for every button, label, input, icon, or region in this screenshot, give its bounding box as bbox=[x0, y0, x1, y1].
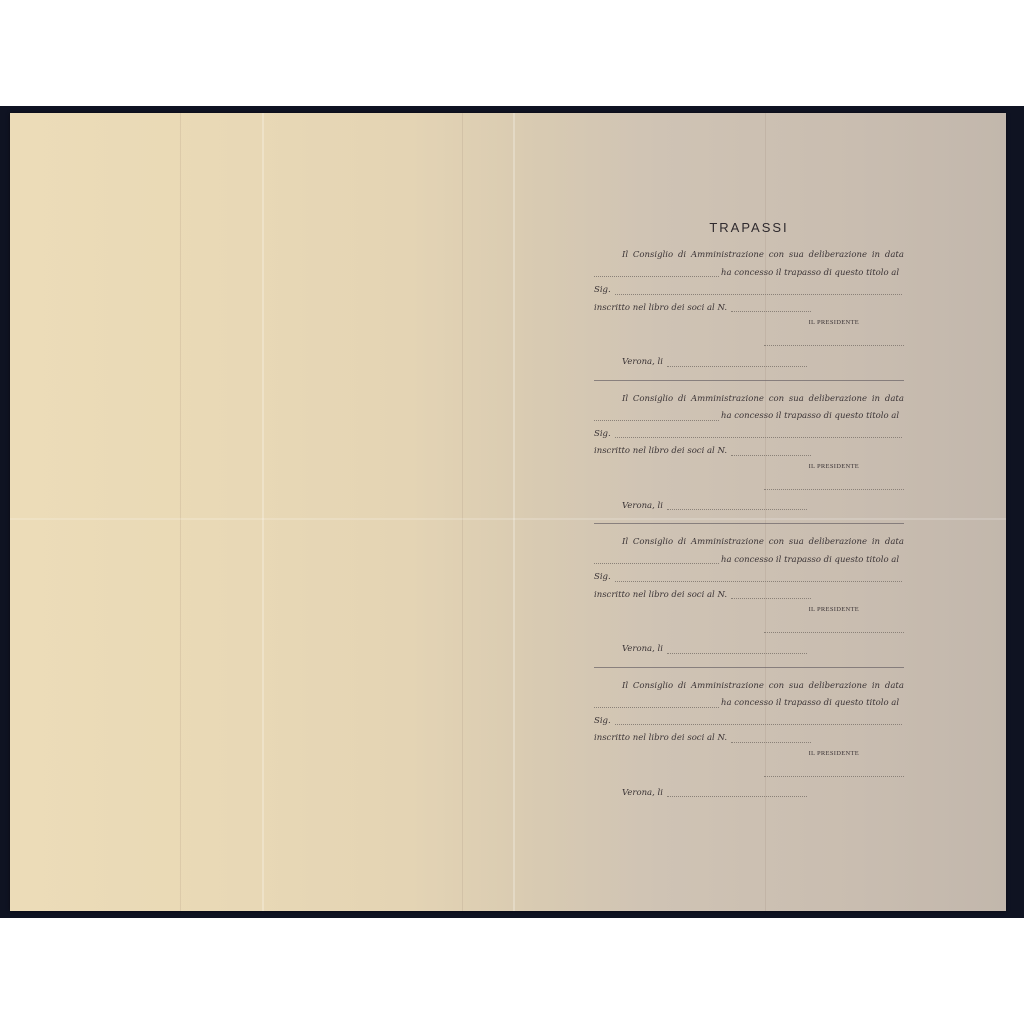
council-word: di bbox=[678, 247, 686, 265]
date-field[interactable] bbox=[594, 275, 719, 277]
date-field[interactable] bbox=[594, 419, 719, 421]
date-row: ha concesso il trapasso di questo titolo… bbox=[594, 265, 904, 283]
transfer-block: IlConsigliodiAmministrazioneconsuadelibe… bbox=[594, 678, 904, 803]
council-word: Amministrazione bbox=[691, 247, 764, 265]
libro-row: inscritto nel libro dei soci al N. bbox=[594, 443, 904, 461]
date-row: ha concesso il trapasso di questo titolo… bbox=[594, 552, 904, 570]
council-word: in bbox=[872, 534, 880, 552]
member-number-field[interactable] bbox=[731, 310, 811, 312]
separator-line bbox=[594, 380, 904, 381]
transfer-text: ha concesso il trapasso di questo titolo… bbox=[721, 265, 899, 283]
transfer-text: ha concesso il trapasso di questo titolo… bbox=[721, 695, 899, 713]
libro-label: inscritto nel libro dei soci al N. bbox=[594, 730, 727, 748]
sig-name-field[interactable] bbox=[615, 723, 902, 725]
council-word: Il bbox=[622, 391, 628, 409]
presidente-signature-field[interactable] bbox=[764, 760, 904, 777]
council-line: IlConsigliodiAmministrazioneconsuadelibe… bbox=[594, 391, 904, 409]
presidente-label: IL PRESIDENTE bbox=[594, 604, 904, 616]
council-word: sua bbox=[789, 247, 804, 265]
council-word: data bbox=[885, 247, 904, 265]
council-line: IlConsigliodiAmministrazioneconsuadelibe… bbox=[594, 534, 904, 552]
libro-row: inscritto nel libro dei soci al N. bbox=[594, 300, 904, 318]
presidente-label: IL PRESIDENTE bbox=[594, 317, 904, 329]
fold-line bbox=[262, 113, 264, 911]
transfer-text: ha concesso il trapasso di questo titolo… bbox=[721, 552, 899, 570]
member-number-field[interactable] bbox=[731, 597, 811, 599]
sig-row: Sig. bbox=[594, 426, 904, 444]
sig-name-field[interactable] bbox=[615, 580, 902, 582]
verona-row: Verona, li bbox=[594, 498, 904, 516]
council-line: IlConsigliodiAmministrazioneconsuadelibe… bbox=[594, 678, 904, 696]
council-word: data bbox=[885, 534, 904, 552]
trapassi-form: TRAPASSI IlConsigliodiAmministrazionecon… bbox=[594, 220, 904, 802]
verona-label: Verona, li bbox=[622, 641, 663, 659]
place-date-field[interactable] bbox=[667, 652, 807, 654]
verona-label: Verona, li bbox=[622, 785, 663, 803]
council-word: deliberazione bbox=[809, 534, 867, 552]
verona-row: Verona, li bbox=[594, 354, 904, 372]
sig-row: Sig. bbox=[594, 282, 904, 300]
council-word: con bbox=[769, 247, 784, 265]
council-word: Amministrazione bbox=[691, 534, 764, 552]
sig-label: Sig. bbox=[594, 282, 611, 300]
fold-line bbox=[180, 113, 181, 911]
libro-label: inscritto nel libro dei soci al N. bbox=[594, 587, 727, 605]
council-word: in bbox=[872, 391, 880, 409]
libro-label: inscritto nel libro dei soci al N. bbox=[594, 443, 727, 461]
council-word: data bbox=[885, 678, 904, 696]
sig-row: Sig. bbox=[594, 713, 904, 731]
presidente-signature-field[interactable] bbox=[764, 473, 904, 490]
transfer-text: ha concesso il trapasso di questo titolo… bbox=[721, 408, 899, 426]
council-word: deliberazione bbox=[809, 391, 867, 409]
center-fold bbox=[513, 113, 515, 911]
libro-label: inscritto nel libro dei soci al N. bbox=[594, 300, 727, 318]
sig-row: Sig. bbox=[594, 569, 904, 587]
libro-row: inscritto nel libro dei soci al N. bbox=[594, 587, 904, 605]
presidente-signature-field[interactable] bbox=[764, 616, 904, 633]
council-word: di bbox=[678, 678, 686, 696]
place-date-field[interactable] bbox=[667, 508, 807, 510]
council-word: Consiglio bbox=[633, 678, 673, 696]
council-word: con bbox=[769, 391, 784, 409]
council-word: Amministrazione bbox=[691, 391, 764, 409]
verona-label: Verona, li bbox=[622, 354, 663, 372]
member-number-field[interactable] bbox=[731, 454, 811, 456]
transfer-blocks: IlConsigliodiAmministrazioneconsuadelibe… bbox=[594, 247, 904, 802]
form-title: TRAPASSI bbox=[594, 220, 904, 235]
council-word: di bbox=[678, 391, 686, 409]
place-date-field[interactable] bbox=[667, 795, 807, 797]
presidente-label: IL PRESIDENTE bbox=[594, 461, 904, 473]
council-word: sua bbox=[789, 678, 804, 696]
council-word: in bbox=[872, 247, 880, 265]
presidente-signature-field[interactable] bbox=[764, 329, 904, 346]
council-line: IlConsigliodiAmministrazioneconsuadelibe… bbox=[594, 247, 904, 265]
council-word: deliberazione bbox=[809, 678, 867, 696]
council-word: Il bbox=[622, 534, 628, 552]
council-word: Consiglio bbox=[633, 391, 673, 409]
separator-line bbox=[594, 667, 904, 668]
council-word: con bbox=[769, 678, 784, 696]
council-word: sua bbox=[789, 391, 804, 409]
council-word: Il bbox=[622, 247, 628, 265]
transfer-block: IlConsigliodiAmministrazioneconsuadelibe… bbox=[594, 247, 904, 381]
sig-label: Sig. bbox=[594, 713, 611, 731]
member-number-field[interactable] bbox=[731, 741, 811, 743]
sig-name-field[interactable] bbox=[615, 436, 902, 438]
verona-label: Verona, li bbox=[622, 498, 663, 516]
date-field[interactable] bbox=[594, 706, 719, 708]
sig-name-field[interactable] bbox=[615, 293, 902, 295]
sig-label: Sig. bbox=[594, 569, 611, 587]
place-date-field[interactable] bbox=[667, 365, 807, 367]
council-word: Il bbox=[622, 678, 628, 696]
separator-line bbox=[594, 523, 904, 524]
council-word: Consiglio bbox=[633, 534, 673, 552]
libro-row: inscritto nel libro dei soci al N. bbox=[594, 730, 904, 748]
verona-row: Verona, li bbox=[594, 785, 904, 803]
fold-line bbox=[462, 113, 463, 911]
presidente-label: IL PRESIDENTE bbox=[594, 748, 904, 760]
date-row: ha concesso il trapasso di questo titolo… bbox=[594, 695, 904, 713]
verona-row: Verona, li bbox=[594, 641, 904, 659]
council-word: data bbox=[885, 391, 904, 409]
council-word: Amministrazione bbox=[691, 678, 764, 696]
council-word: Consiglio bbox=[633, 247, 673, 265]
transfer-block: IlConsigliodiAmministrazioneconsuadelibe… bbox=[594, 534, 904, 668]
date-row: ha concesso il trapasso di questo titolo… bbox=[594, 408, 904, 426]
date-field[interactable] bbox=[594, 562, 719, 564]
transfer-block: IlConsigliodiAmministrazioneconsuadelibe… bbox=[594, 391, 904, 525]
council-word: sua bbox=[789, 534, 804, 552]
council-word: con bbox=[769, 534, 784, 552]
council-word: di bbox=[678, 534, 686, 552]
council-word: in bbox=[872, 678, 880, 696]
council-word: deliberazione bbox=[809, 247, 867, 265]
sig-label: Sig. bbox=[594, 426, 611, 444]
